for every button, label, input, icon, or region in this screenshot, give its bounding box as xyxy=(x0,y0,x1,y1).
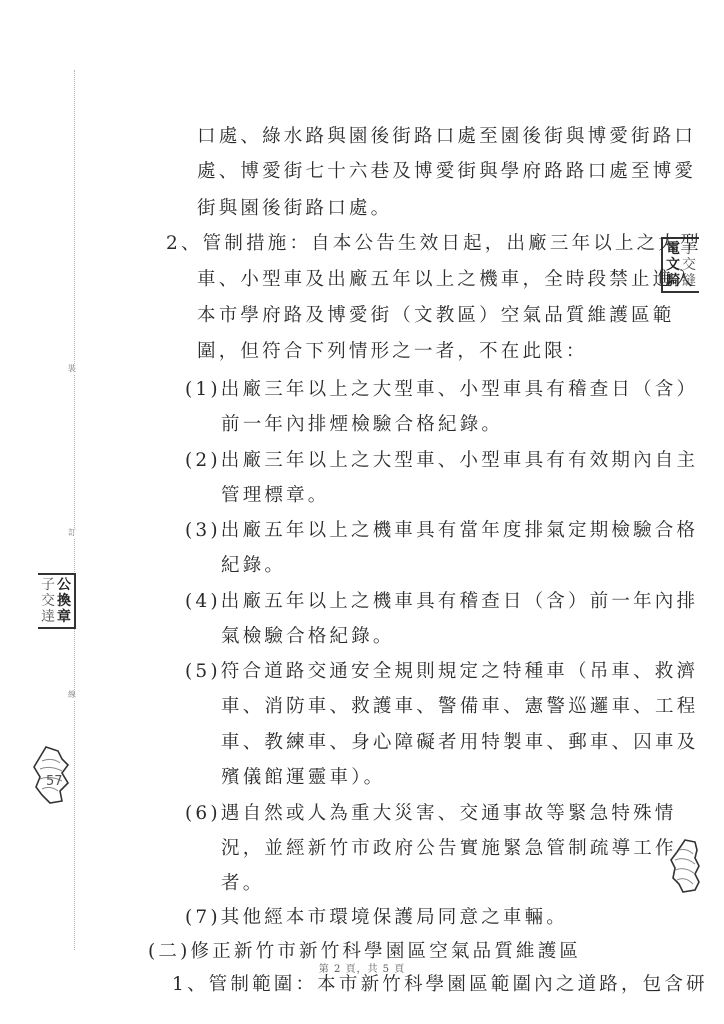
binding-label-bottom: 線 xyxy=(68,690,76,700)
page-number-footer: 第 2 頁，共 5 頁 xyxy=(0,960,724,975)
stamp-char: 換 xyxy=(57,593,71,609)
text-line: 車、消防車、救護車、警備車、憲警巡邏車、工程 xyxy=(221,695,698,719)
text-line: 1、管制範圍：本市新竹科學園區範圍內之道路，包含研 xyxy=(172,973,708,997)
stamp-char: 章 xyxy=(57,609,71,625)
exchange-seal-stamp: 子 交 達 公 換 章 xyxy=(38,573,76,629)
text-line: 車、小型車及出廠五年以上之機車，全時段禁止進入 xyxy=(197,268,696,292)
text-line: 處、博愛街七十六巷及博愛街與學府路路口處至博愛 xyxy=(197,160,696,184)
stamp-char: 公 xyxy=(57,577,71,593)
text-line: 殯儀館運靈車）。 xyxy=(221,766,385,790)
text-line: 紀錄。 xyxy=(221,554,286,578)
text-line: 街與園後街路口處。 xyxy=(197,197,392,221)
text-line-subitem-6: (6)遇自然或人為重大災害、交通事故等緊急特殊情 xyxy=(185,802,677,826)
text-line: 管理標章。 xyxy=(221,484,330,508)
text-line-subitem-3: (3)出廠五年以上之機車具有當年度排氣定期檢驗合格 xyxy=(185,519,698,543)
text-line: 車、教練車、身心障礙者用特製車、郵車、囚車及 xyxy=(221,731,698,755)
stamp-column: 公 換 章 xyxy=(56,577,72,625)
text-line-subitem-1: (1)出廠三年以上之大型車、小型車具有稽查日（含） xyxy=(185,378,698,402)
text-line-subitem-4: (4)出廠五年以上之機車具有稽查日（含）前一年內排 xyxy=(185,590,698,614)
stamp-column: 子 交 達 xyxy=(40,577,56,625)
text-line: 口處、綠水路與園後街路口處至園後街與博愛街路口 xyxy=(197,125,696,149)
binding-label-top: 裝 xyxy=(68,364,76,374)
binding-label-middle: 訂 xyxy=(68,528,76,538)
text-line: 圍，但符合下列情形之一者，不在此限： xyxy=(197,340,588,364)
text-line-item-2-heading: 2、管制措施：自本公告生效日起，出廠三年以上之大型 xyxy=(166,232,702,256)
text-line: 況，並經新竹市政府公告實施緊急管制疏導工作 xyxy=(221,837,677,861)
seal-number: 57 xyxy=(46,774,63,789)
stamp-char: 交 xyxy=(41,593,55,609)
text-line-subitem-7: (7)其他經本市環境保護局同意之車輛。 xyxy=(185,906,568,930)
text-line: 者。 xyxy=(221,872,264,896)
binding-dotted-line xyxy=(74,70,75,950)
stamp-char: 達 xyxy=(41,609,55,625)
text-line: 本市學府路及博愛街（文教區）空氣品質維護區範 xyxy=(197,304,674,328)
stamp-char: 子 xyxy=(41,577,55,593)
text-line-subitem-2: (2)出廠三年以上之大型車、小型車具有有效期內自主 xyxy=(185,449,698,473)
text-line-subitem-5: (5)符合道路交通安全規則規定之特種車（吊車、救濟 xyxy=(185,660,698,684)
text-line: 氣檢驗合格紀錄。 xyxy=(221,625,395,649)
text-line: 前一年內排煙檢驗合格紀錄。 xyxy=(221,413,503,437)
perforation-seal-icon: 57 xyxy=(32,745,72,805)
